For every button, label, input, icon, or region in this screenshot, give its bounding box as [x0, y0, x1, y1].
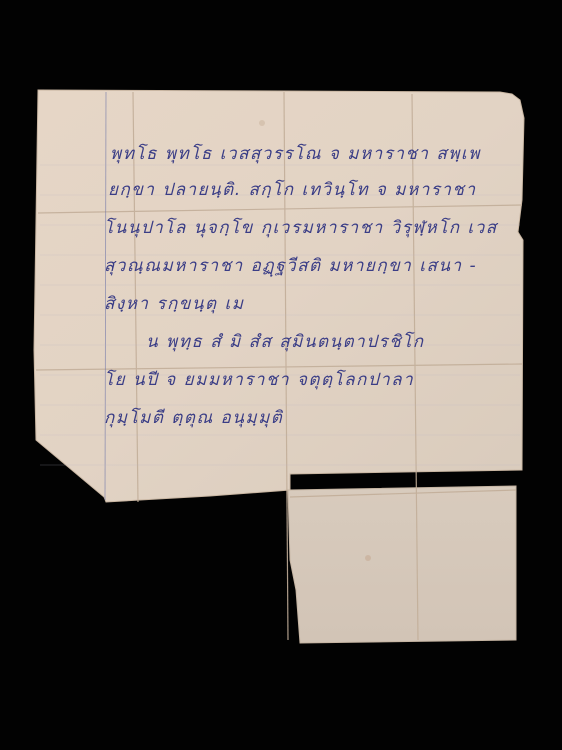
photo-background: พุทโธ พุทโธ เวสสุวรรโณ จ มหาราชา สพฺเพ ย…: [0, 0, 562, 750]
letter-line-6: น พุทฺธ สํ มิ สํส สุมินตนฺตาปรชิโก: [146, 328, 425, 355]
letter-line-1: พุทโธ พุทโธ เวสสุวรรโณ จ มหาราชา สพฺเพ: [110, 140, 481, 167]
letter-line-4: สุวณฺณมหาราชา อฏฺฐวีสติ มหายกฺขา เสนา -: [104, 252, 477, 279]
letter-line-7: โย นปี จ ยมมหาราชา จตุตฺโลกปาลา: [104, 366, 414, 393]
letter-line-8: กุมฺโมตี ตฺตุณ อนุมฺมุติ: [104, 404, 283, 431]
letter-line-5: สิงฺหา รกฺขนฺตุ เม: [104, 290, 244, 317]
letter-line-2: ยกฺขา ปลายนฺติ. สกฺโก เทวินฺโท จ มหาราชา: [108, 176, 477, 203]
letter-line-3: โนนุปาโล นุจกฺโข กุเวรมหาราชา วิรุฬฺหโก …: [104, 214, 498, 241]
